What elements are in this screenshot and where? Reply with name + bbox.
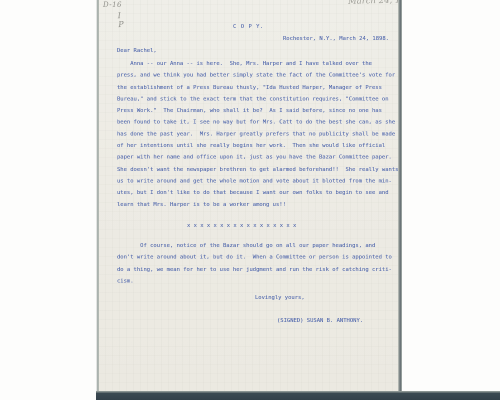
typed-line: has done the past year. Mrs. Harper grea… [117, 128, 398, 140]
paper-right-edge-shadow [398, 0, 402, 392]
typed-line: Of course, notice of the Bazar should go… [117, 240, 392, 252]
typed-line: cism. [117, 275, 392, 287]
typed-line: us to write around and get the whole mot… [117, 175, 398, 187]
typed-line: of her intentions until she really begin… [117, 140, 398, 152]
typed-separator-row: x x x x x x x x x x x x x x x x x [187, 220, 296, 232]
pencil-date-note: March 24, 1898 [348, 0, 400, 7]
typed-line: paper with her name and office upon it, … [117, 152, 398, 164]
typed-line: don't write around about it, but do it. … [117, 252, 392, 264]
typed-line: Bureau," and stick to the exact term tha… [117, 93, 398, 105]
typed-line: utes, but I don't like to do that becaus… [117, 187, 398, 199]
copy-heading: C O P Y. [233, 21, 264, 33]
typed-line: Press Work." The Chairman, who shall it … [117, 105, 398, 117]
typed-line: press, and we think you had better simpl… [117, 70, 398, 82]
closing-valediction: Lovingly yours, [255, 292, 305, 304]
typed-line: been found to take it, I see no way but … [117, 117, 398, 129]
letter-paper: D-16 I P March 24, 1898 C O P Y. Rochest… [98, 0, 400, 392]
typed-line: Anna -- our Anna -- is here. She, Mrs. H… [117, 58, 398, 70]
typed-line: She doesn't want the newspaper brethren … [117, 163, 398, 175]
typed-line: the establishment of a Press Bureau thus… [117, 81, 398, 93]
body-paragraph-1: Anna -- our Anna -- is here. She, Mrs. H… [117, 58, 398, 210]
pencil-initials-mark: I P [117, 11, 124, 29]
signature-line: (SIGNED) SUSAN B. ANTHONY. [277, 315, 363, 327]
salutation: Dear Rachel, [117, 45, 157, 57]
dateline: Rochester, N.Y., March 24, 1898. [283, 33, 389, 45]
body-paragraph-2: Of course, notice of the Bazar should go… [117, 240, 392, 287]
scan-background-band [96, 391, 500, 400]
catalog-number-pencil-note: D-16 [103, 1, 122, 9]
typed-line: do a thing, we mean for her to use her j… [117, 263, 392, 275]
typed-line: learn that Mrs. Harper is to be a worker… [117, 199, 398, 211]
photographed-letter-page: D-16 I P March 24, 1898 C O P Y. Rochest… [0, 0, 500, 400]
paper-left-edge-shadow [96, 0, 99, 392]
